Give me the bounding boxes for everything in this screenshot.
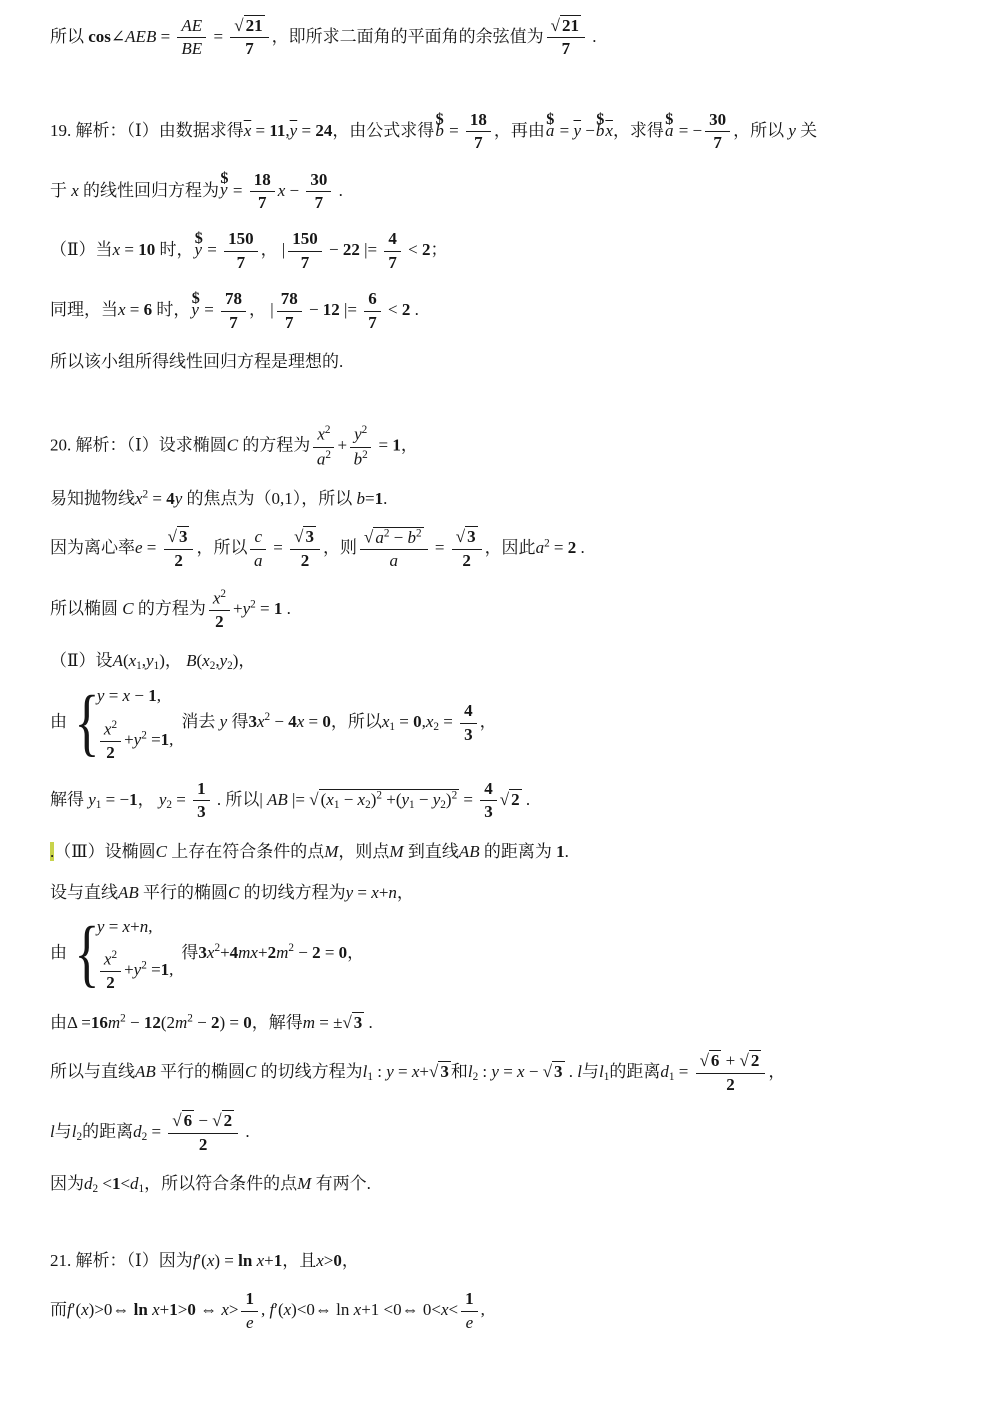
radical: √3	[456, 526, 478, 546]
math-line: 所以与直线AB 平行的椭圆C 的切线方程为l1 : y = x+√3和l2 : …	[50, 1051, 942, 1095]
math-line: 所以椭圆 C 的方程为x22+y2 = 1 .	[50, 588, 942, 633]
fraction: √6 − √22	[168, 1111, 238, 1155]
hat-glyph: y$	[220, 177, 228, 203]
section-q21-solution: 21. 解析：（Ⅰ）因为f′(x) = ln x+1，且x>0，而f′(x)>0…	[50, 1248, 942, 1333]
fraction: 187	[250, 170, 275, 214]
cases-system: {y = x+n,x22+y2 =1,	[69, 914, 173, 994]
document-content: 所以 cos∠AEB = AEBE = √217，即所求二面角的平面角的余弦值为…	[50, 16, 942, 1333]
math-line: 易知抛物线x2 = 4y 的焦点为（0,1），所以 b=1.	[50, 486, 942, 512]
overbar: x	[244, 121, 252, 140]
highlight-mark: .	[50, 842, 54, 861]
radical: √3	[294, 526, 316, 546]
math-line: （Ⅱ）设A(x1,y1)， B(x2,y2)，	[50, 648, 942, 675]
fraction: √32	[290, 527, 320, 571]
hat-glyph: b$	[596, 118, 605, 144]
fraction: √217	[230, 16, 268, 60]
fraction: x22	[209, 588, 230, 633]
radical: √21	[551, 15, 581, 35]
hat-glyph: y$	[194, 237, 202, 263]
fraction: 67	[364, 289, 381, 333]
math-line: 20. 解析：（Ⅰ）设求椭圆C 的方程为x2a2+y2b2 = 1，	[50, 424, 942, 469]
hat-glyph: a$	[665, 118, 674, 144]
radical: √3	[342, 1012, 364, 1032]
fraction: √217	[547, 16, 585, 60]
math-line: 于 x 的线性回归方程为y$ = 187x − 307 .	[50, 170, 942, 214]
section-q19-solution: 19. 解析：（Ⅰ）由数据求得x = 11,y = 24，由公式求得b$ = 1…	[50, 110, 942, 375]
math-line: l与l2的距离d2 = √6 − √22 .	[50, 1111, 942, 1155]
math-line: （Ⅱ）当x = 10 时，y$ = 1507， |1507 − 22 |= 47…	[50, 229, 942, 273]
section-q20-solution: 20. 解析：（Ⅰ）设求椭圆C 的方程为x2a2+y2b2 = 1，易知抛物线x…	[50, 424, 942, 1198]
radical: √21	[234, 15, 264, 35]
hat-glyph: y$	[191, 297, 199, 323]
math-line: 所以 cos∠AEB = AEBE = √217，即所求二面角的平面角的余弦值为…	[50, 16, 942, 60]
math-line: 设与直线AB 平行的椭圆C 的切线方程为y = x+n，	[50, 880, 942, 906]
radical: √3	[168, 526, 190, 546]
cases-system: {y = x − 1,x22+y2 =1,	[69, 683, 173, 763]
fraction: 1507	[288, 229, 322, 273]
fraction: 787	[277, 289, 302, 333]
math-line: .（Ⅲ）设椭圆C 上存在符合条件的点M，则点M 到直线AB 的距离为 1.	[50, 839, 942, 865]
fraction: 187	[466, 110, 491, 154]
radical: √6	[172, 1110, 194, 1130]
radical: √2	[212, 1110, 234, 1130]
fraction: √6 + √22	[696, 1051, 766, 1095]
math-line: 由Δ =16m2 − 12(2m2 − 2) = 0，解得m = ±√3 .	[50, 1010, 942, 1036]
section-q18-conclusion: 所以 cos∠AEB = AEBE = √217，即所求二面角的平面角的余弦值为…	[50, 16, 942, 60]
fraction: 787	[221, 289, 246, 333]
radical: √(x1 − x2)2 +(y1 − y2)2	[309, 789, 459, 809]
fraction: √32	[452, 527, 482, 571]
fraction: √32	[164, 527, 194, 571]
overbar: y	[574, 121, 582, 140]
fraction: y2b2	[350, 424, 371, 469]
radical: √6	[700, 1050, 722, 1070]
fraction: 307	[705, 110, 730, 154]
fraction: x22	[100, 719, 121, 764]
fraction: 47	[384, 229, 401, 273]
fraction: 307	[306, 170, 331, 214]
math-line: 19. 解析：（Ⅰ）由数据求得x = 11,y = 24，由公式求得b$ = 1…	[50, 110, 942, 154]
radical: √2	[500, 789, 522, 809]
fraction: ca	[250, 527, 266, 571]
radical: √3	[429, 1061, 451, 1081]
document-page: 所以 cos∠AEB = AEBE = √217，即所求二面角的平面角的余弦值为…	[0, 0, 992, 1403]
math-line: 因为d2 <1<d1，所以符合条件的点M 有两个.	[50, 1171, 942, 1198]
fraction: 1e	[241, 1289, 258, 1333]
fraction: 1507	[224, 229, 258, 273]
fraction: AEBE	[177, 16, 206, 60]
hat-glyph: a$	[546, 118, 555, 144]
left-brace: {	[74, 692, 99, 753]
overbar: y	[290, 121, 298, 140]
math-line: 解得 y1 = −1， y2 = 13 . 所以| AB |= √(x1 − x…	[50, 779, 942, 823]
fraction: x22	[100, 949, 121, 994]
radical: √2	[740, 1050, 762, 1070]
radical: √a2 − b2	[364, 527, 424, 547]
math-line: 所以该小组所得线性回归方程是理想的.	[50, 349, 942, 375]
fraction: 1e	[461, 1289, 478, 1333]
math-line: 同理，当x = 6 时，y$ = 787， |787 − 12 |= 67 < …	[50, 289, 942, 333]
fraction: x2a2	[313, 424, 334, 469]
overbar: x	[605, 121, 613, 140]
left-brace: {	[74, 923, 99, 984]
fraction: √a2 − b2a	[360, 527, 428, 572]
fraction: 43	[480, 779, 497, 823]
math-line: 由{y = x − 1,x22+y2 =1,消去 y 得3x2 − 4x = 0…	[50, 683, 942, 763]
math-line: 21. 解析：（Ⅰ）因为f′(x) = ln x+1，且x>0，	[50, 1248, 942, 1274]
fraction: 43	[460, 701, 477, 745]
fraction: 13	[193, 779, 210, 823]
math-line: 因为离心率e = √32，所以ca = √32，则√a2 − b2a = √32…	[50, 527, 942, 572]
math-line: 由{y = x+n,x22+y2 =1,得3x2+4mx+2m2 − 2 = 0…	[50, 914, 942, 994]
radical: √3	[543, 1061, 565, 1081]
hat-glyph: b$	[435, 118, 444, 144]
math-line: 而f′(x)>0⇔ ln x+1>0 ⇔ x>1e, f′(x)<0⇔ ln x…	[50, 1289, 942, 1333]
